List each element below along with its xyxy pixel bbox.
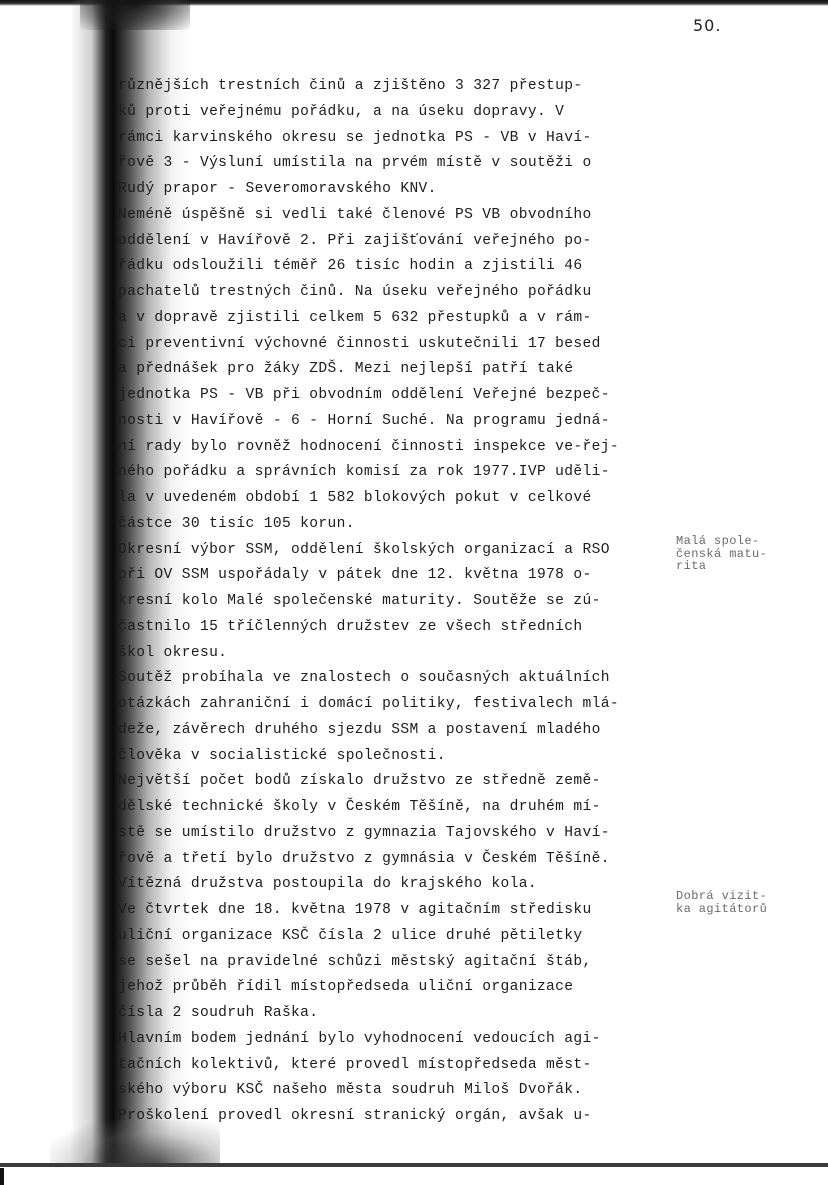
text-line: Soutěž probíhala ve znalostech o současn… (118, 666, 678, 692)
text-line: kresní kolo Malé společenské maturity. S… (118, 589, 678, 615)
scan-corner-mark (0, 1168, 4, 1185)
text-line: Vítězná družstva postoupila do krajského… (118, 872, 678, 898)
text-line: škol okresu. (118, 641, 678, 667)
text-line: častnilo 15 tříčlenných družstev ze všec… (118, 615, 678, 641)
text-line: jednotka PS - VB při obvodním oddělení V… (118, 383, 678, 409)
margin-note-line: rita (676, 560, 826, 573)
text-line: čísla 2 soudruh Raška. (118, 1001, 678, 1027)
text-line: ného pořádku a správních komisí za rok 1… (118, 460, 678, 486)
text-line: Hlavním bodem jednání bylo vyhodnocení v… (118, 1027, 678, 1053)
text-line: dělské technické školy v Českém Těšíně, … (118, 795, 678, 821)
scan-bottom-band (0, 1167, 828, 1185)
text-line: při OV SSM uspořádaly v pátek dne 12. kv… (118, 563, 678, 589)
text-line: pachatelů trestných činů. Na úseku veřej… (118, 280, 678, 306)
text-line: částce 30 tisíc 105 korun. (118, 512, 678, 538)
text-line: nosti v Havířově - 6 - Horní Suché. Na p… (118, 409, 678, 435)
margin-note-male-spolecenske-maturity: Malá spole-čenská matu-rita (676, 535, 826, 573)
margin-note-line: Malá spole- (676, 535, 826, 548)
text-line: oddělení v Havířově 2. Při zajišťování v… (118, 229, 678, 255)
text-line: Neméně úspěšně si vedli také členové PS … (118, 203, 678, 229)
typewritten-body-text: různějších trestních činů a zjištěno 3 3… (118, 74, 678, 1130)
text-line: ní rady bylo rovněž hodnocení činnosti i… (118, 435, 678, 461)
text-line: Největší počet bodů získalo družstvo ze … (118, 769, 678, 795)
text-line: různějších trestních činů a zjištěno 3 3… (118, 74, 678, 100)
text-line: ského výboru KSČ našeho města soudruh Mi… (118, 1078, 678, 1104)
text-line: Proškolení provedl okresní stranický org… (118, 1104, 678, 1130)
text-line: a přednášek pro žáky ZDŠ. Mezi nejlepší … (118, 357, 678, 383)
margin-note-line: Dobrá vizit- (676, 890, 826, 903)
margin-note-dobra-vizitka-agitatoru: Dobrá vizit-ka agitátorů (676, 890, 826, 915)
text-line: se sešel na pravidelné schůzi městský ag… (118, 950, 678, 976)
text-line: uliční organizace KSČ čísla 2 ulice druh… (118, 924, 678, 950)
text-line: řově a třetí bylo družstvo z gymnásia v … (118, 847, 678, 873)
text-line: rámci karvinského okresu se jednotka PS … (118, 126, 678, 152)
page-number: 50. (693, 16, 721, 35)
text-line: člověka v socialistické společnosti. (118, 744, 678, 770)
margin-note-line: ka agitátorů (676, 903, 826, 916)
text-line: otázkách zahraniční i domácí politiky, f… (118, 692, 678, 718)
text-line: deže, závěrech druhého sjezdu SSM a post… (118, 718, 678, 744)
text-line: Ve čtvrtek dne 18. května 1978 v agitačn… (118, 898, 678, 924)
text-line: la v uvedeném období 1 582 blokových pok… (118, 486, 678, 512)
text-line: Okresní výbor SSM, oddělení školských or… (118, 538, 678, 564)
text-line: řově 3 - Výsluní umístila na prvém místě… (118, 151, 678, 177)
text-line: ků proti veřejnému pořádku, a na úseku d… (118, 100, 678, 126)
text-line: řádku odsloužili téměř 26 tisíc hodin a … (118, 254, 678, 280)
book-gutter-top-shadow (80, 0, 190, 30)
text-line: jehož průběh řídil místopředseda uliční … (118, 975, 678, 1001)
text-line: ci preventivní výchovné činnosti uskuteč… (118, 332, 678, 358)
text-line: Rudý prapor - Severomoravského KNV. (118, 177, 678, 203)
text-line: stě se umístilo družstvo z gymnazia Tajo… (118, 821, 678, 847)
text-line: a v dopravě zjistili celkem 5 632 přestu… (118, 306, 678, 332)
text-line: tačních kolektivů, které provedl místopř… (118, 1053, 678, 1079)
